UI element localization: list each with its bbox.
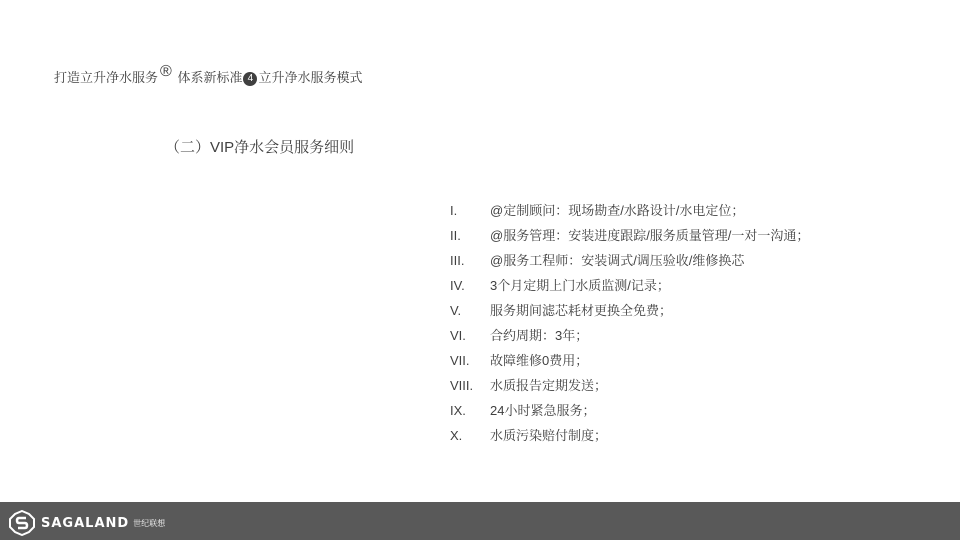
item-text: 水质污染赔付制度； [490, 425, 607, 450]
item-text: 3个月定期上门水质监测/记录； [490, 275, 670, 300]
item-text: @服务工程师：安装调式/调压验收/维修换芯 [490, 250, 744, 275]
item-text: @定制顾问：现场勘查/水路设计/水电定位； [490, 200, 744, 225]
list-item: IX.24小时紧急服务； [450, 400, 809, 425]
page-header-title: 打造立升净水服务® 体系新标准4立升净水服务模式 [54, 62, 384, 88]
list-item: III.@服务工程师：安装调式/调压验收/维修换芯 [450, 250, 809, 275]
list-item: II.@服务管理：安装进度跟踪/服务质量管理/一对一沟通； [450, 225, 809, 250]
title-part-1: 打造立升净水服务 [54, 70, 158, 85]
item-text: 24小时紧急服务； [490, 400, 595, 425]
brand-name: SAGALAND [41, 516, 129, 531]
item-number: VI. [450, 325, 490, 350]
item-number: VIII. [450, 375, 490, 400]
sagaland-logo-icon [9, 510, 35, 536]
item-number: IV. [450, 275, 490, 300]
brand-name-cn: 世纪联想 [133, 518, 165, 529]
title-part-2: 体系新标准 [177, 70, 242, 85]
brand-logo: SAGALAND 世纪联想 [9, 510, 165, 536]
item-text: 合约周期：3年； [490, 325, 588, 350]
registered-mark: ® [160, 63, 172, 80]
item-text: @服务管理：安装进度跟踪/服务质量管理/一对一沟通； [490, 225, 809, 250]
item-number: V. [450, 300, 490, 325]
item-text: 水质报告定期发送； [490, 375, 607, 400]
item-text: 服务期间滤芯耗材更换全免费； [490, 300, 672, 325]
item-number: I. [450, 200, 490, 225]
number-badge: 4 [243, 72, 257, 86]
list-item: V.服务期间滤芯耗材更换全免费； [450, 300, 809, 325]
list-item: X.水质污染赔付制度； [450, 425, 809, 450]
item-text: 故障维修0费用； [490, 350, 588, 375]
list-item: I.@定制顾问：现场勘查/水路设计/水电定位； [450, 200, 809, 225]
item-number: III. [450, 250, 490, 275]
item-number: II. [450, 225, 490, 250]
item-number: VII. [450, 350, 490, 375]
list-item: IV.3个月定期上门水质监测/记录； [450, 275, 809, 300]
item-number: X. [450, 425, 490, 450]
service-rules-list: I.@定制顾问：现场勘查/水路设计/水电定位； II.@服务管理：安装进度跟踪/… [450, 200, 809, 450]
section-title: （二）VIP净水会员服务细则 [165, 136, 354, 157]
list-item: VI.合约周期：3年； [450, 325, 809, 350]
item-number: IX. [450, 400, 490, 425]
footer-bar: SAGALAND 世纪联想 [0, 502, 960, 540]
list-item: VII.故障维修0费用； [450, 350, 809, 375]
list-item: VIII.水质报告定期发送； [450, 375, 809, 400]
title-part-3: 立升净水服务模式 [258, 70, 362, 85]
